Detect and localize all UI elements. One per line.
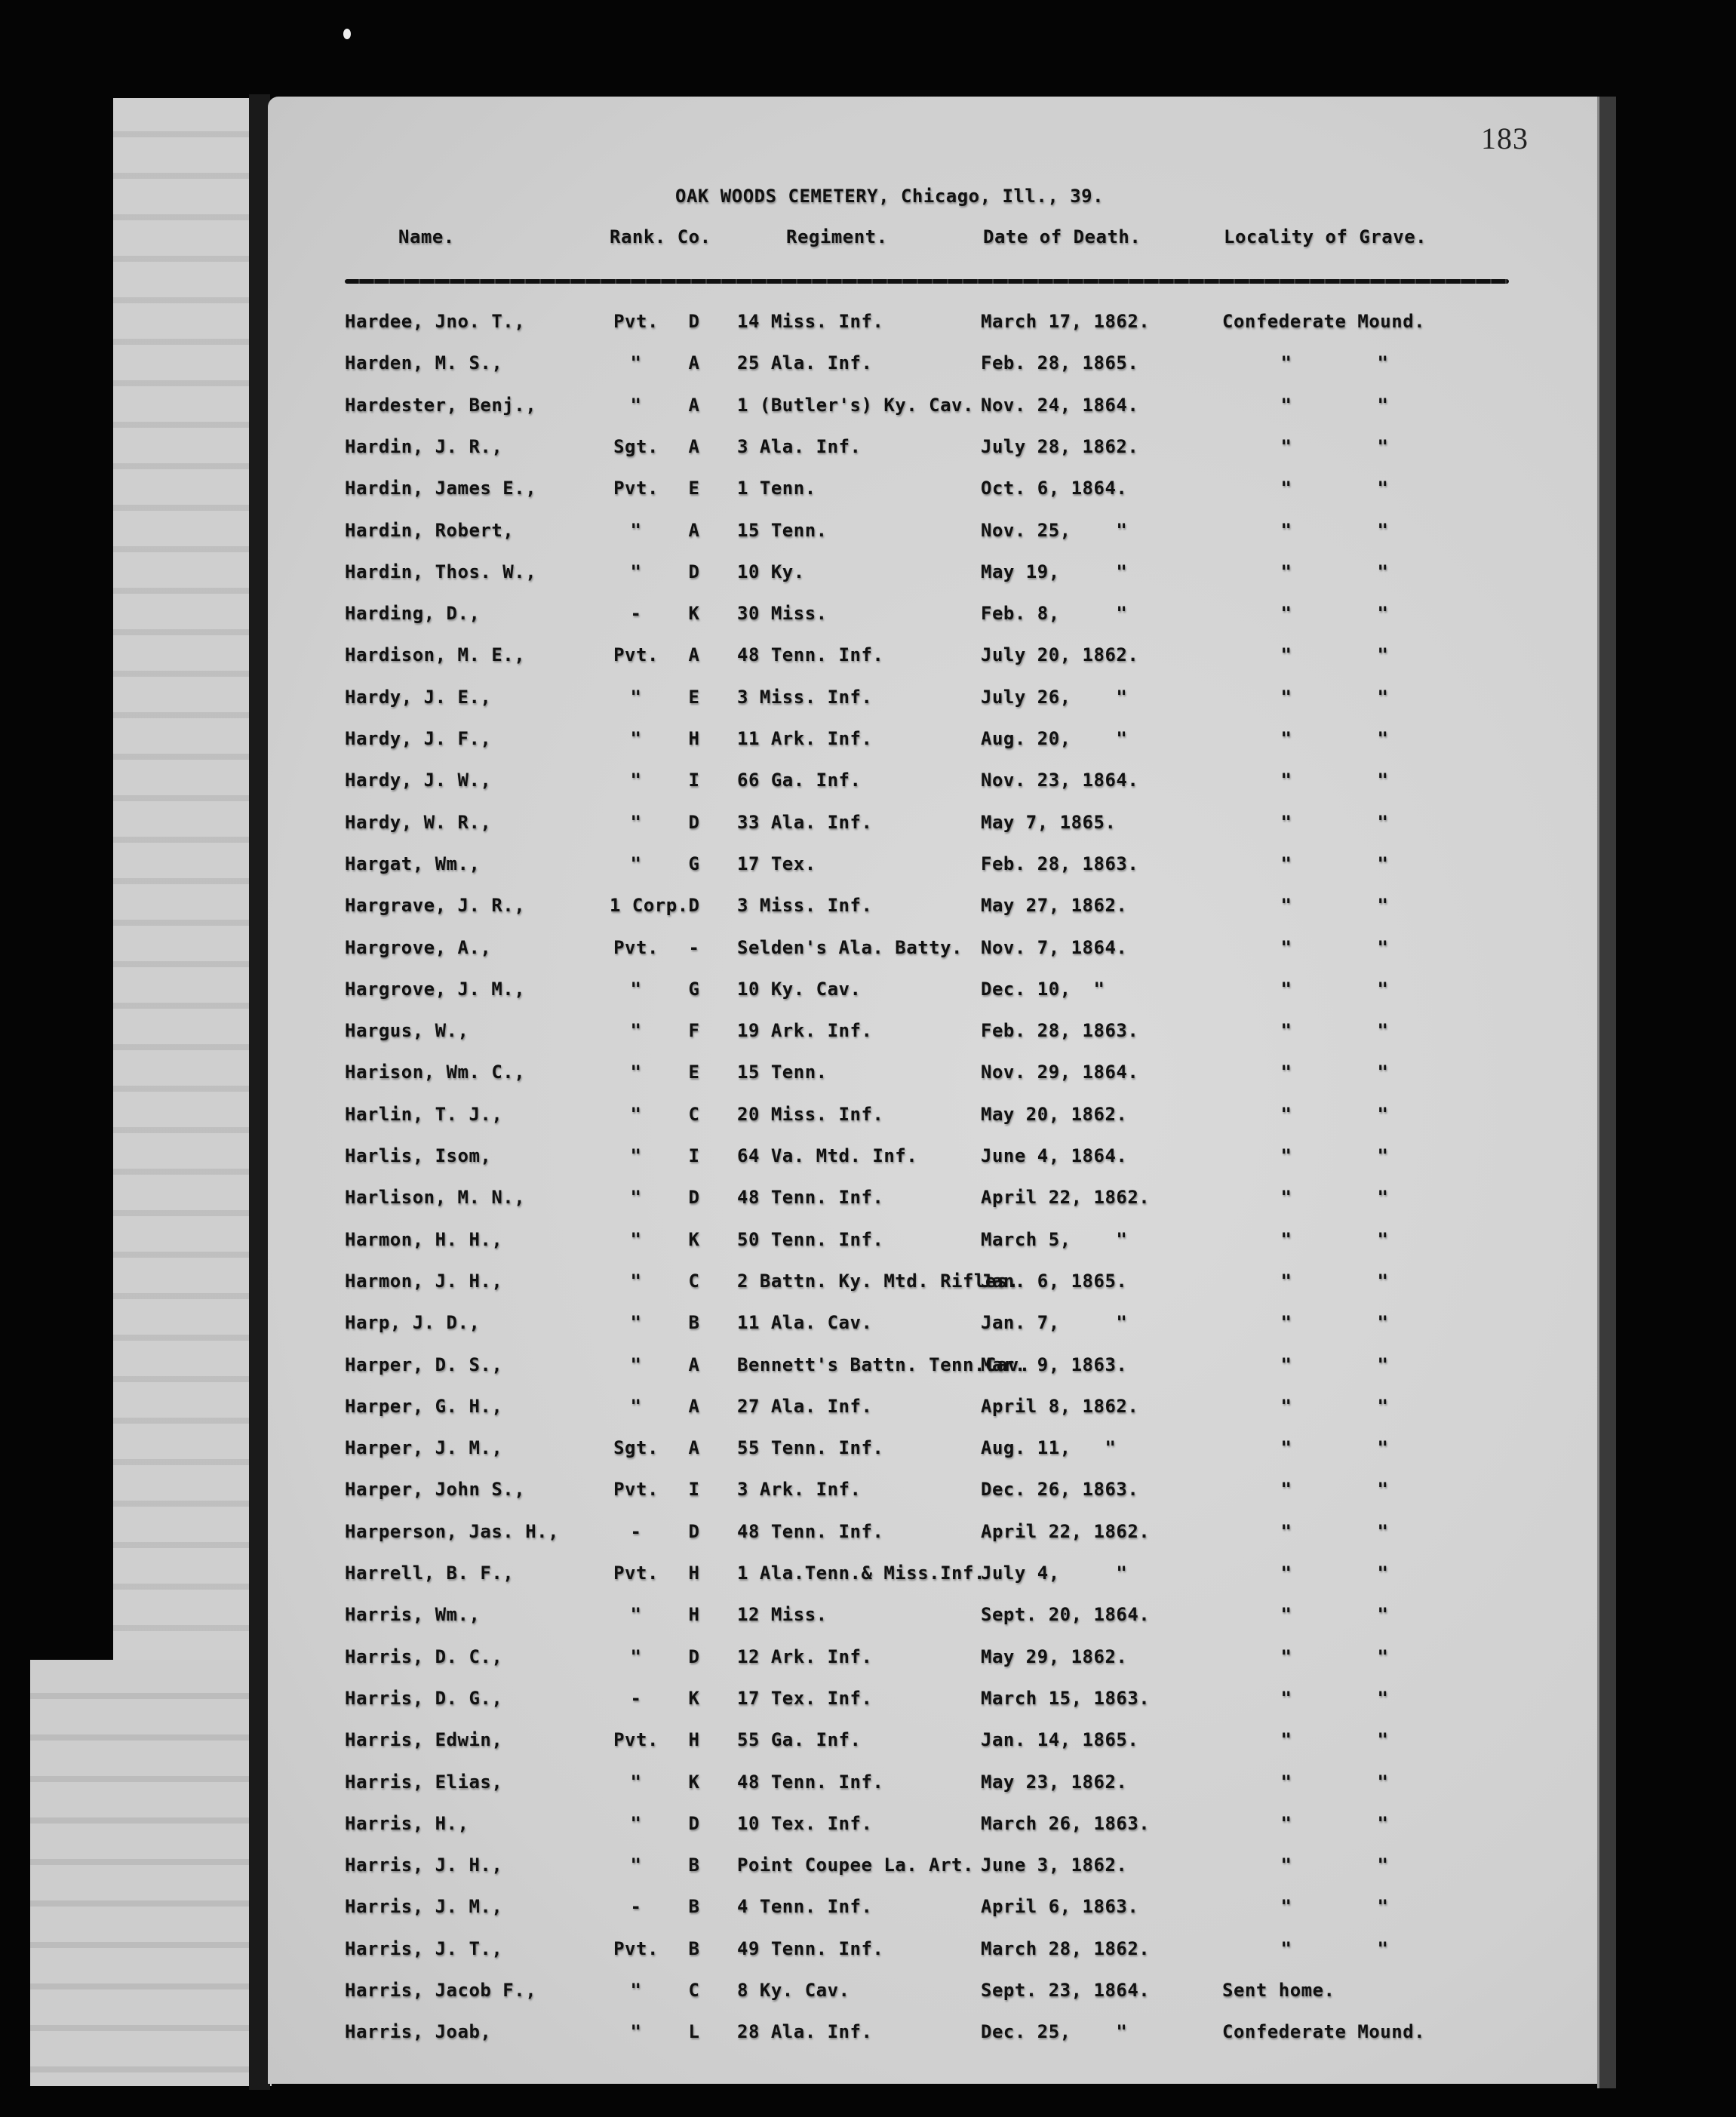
- record-company: H: [683, 1729, 705, 1750]
- record-locality-ditto: ": [1279, 1229, 1294, 1250]
- record-name: Hargrove, J. M.,: [345, 979, 525, 1000]
- header-name: Name.: [398, 226, 455, 247]
- record-locality-ditto: ": [1375, 1145, 1390, 1166]
- record-rank: ": [610, 728, 662, 749]
- record-regiment: 1 Ala.Tenn.& Miss.Inf.: [737, 1562, 985, 1584]
- record-name: Hargat, Wm.,: [345, 853, 480, 874]
- record-name: Harrell, B. F.,: [345, 1562, 514, 1584]
- record-rank: ": [610, 1271, 662, 1292]
- record-rank: Sgt.: [610, 436, 662, 457]
- record-company: A: [683, 644, 705, 665]
- record-name: Harris, H.,: [345, 1813, 469, 1834]
- table-row: Harper, J. M.,Sgt.A55 Tenn. Inf.Aug. 11,…: [0, 1437, 1736, 1467]
- table-row: Harper, G. H.,"A27 Ala. Inf.April 8, 186…: [0, 1396, 1736, 1426]
- record-name: Hardin, Thos. W.,: [345, 561, 536, 582]
- record-name: Harmon, H. H.,: [345, 1229, 502, 1250]
- record-date-of-death: May 29, 1862.: [981, 1646, 1127, 1667]
- record-date-of-death: March 15, 1863.: [981, 1688, 1150, 1709]
- record-regiment: 20 Miss. Inf.: [737, 1104, 883, 1125]
- record-rank: Pvt.: [610, 311, 662, 332]
- table-row: Hardison, M. E.,Pvt.A48 Tenn. Inf.July 2…: [0, 644, 1736, 674]
- record-locality-ditto: ": [1279, 1646, 1294, 1667]
- record-rank: Pvt.: [610, 1938, 662, 1959]
- record-locality-ditto: ": [1375, 812, 1390, 833]
- record-locality-ditto: ": [1279, 937, 1294, 958]
- record-name: Harper, John S.,: [345, 1479, 525, 1500]
- record-rank: -: [610, 1896, 662, 1917]
- table-row: Hargrave, J. R.,1 Corp.D3 Miss. Inf.May …: [0, 895, 1736, 925]
- record-company: K: [683, 1688, 705, 1709]
- record-company: -: [683, 937, 705, 958]
- page-title: OAK WOODS CEMETERY, Chicago, Ill., 39.: [675, 186, 1104, 207]
- record-locality-ditto: ": [1279, 1771, 1294, 1793]
- record-company: H: [683, 1562, 705, 1584]
- record-regiment: 66 Ga. Inf.: [737, 770, 861, 791]
- record-company: F: [683, 1020, 705, 1041]
- record-date-of-death: Nov. 24, 1864.: [981, 395, 1138, 416]
- record-locality-ditto: ": [1279, 1271, 1294, 1292]
- record-locality-ditto: ": [1279, 395, 1294, 416]
- record-locality-ditto: ": [1375, 1312, 1390, 1333]
- record-rank: -: [610, 1521, 662, 1542]
- record-company: A: [683, 352, 705, 373]
- record-date-of-death: July 20, 1862.: [981, 644, 1138, 665]
- table-row: Harris, Jacob F.,"C8 Ky. Cav.Sept. 23, 1…: [0, 1980, 1736, 2010]
- record-name: Harris, Jacob F.,: [345, 1980, 536, 2001]
- record-company: D: [683, 1646, 705, 1667]
- table-row: Hargus, W.,"F19 Ark. Inf.Feb. 28, 1863."…: [0, 1020, 1736, 1050]
- record-company: I: [683, 1145, 705, 1166]
- record-date-of-death: Jan. 7, ": [981, 1312, 1127, 1333]
- record-company: A: [683, 1354, 705, 1375]
- table-row: Harris, Joab,"L28 Ala. Inf.Dec. 25, "Con…: [0, 2021, 1736, 2051]
- table-row: Hargat, Wm.,"G17 Tex.Feb. 28, 1863."": [0, 853, 1736, 883]
- record-locality-ditto: ": [1279, 1104, 1294, 1125]
- record-locality-ditto: ": [1279, 1396, 1294, 1417]
- record-company: B: [683, 1854, 705, 1876]
- record-locality-ditto: ": [1375, 1813, 1390, 1834]
- record-locality-ditto: ": [1375, 1521, 1390, 1542]
- record-date-of-death: Aug. 11, ": [981, 1437, 1116, 1458]
- record-locality-ditto: ": [1279, 352, 1294, 373]
- record-rank: -: [610, 1688, 662, 1709]
- record-name: Hardin, J. R.,: [345, 436, 502, 457]
- record-name: Hardy, J. F.,: [345, 728, 491, 749]
- table-row: Harris, J. T.,Pvt.B49 Tenn. Inf.March 28…: [0, 1938, 1736, 1968]
- record-regiment: 15 Tenn.: [737, 520, 828, 541]
- record-rank: ": [610, 687, 662, 708]
- record-name: Hardin, Robert,: [345, 520, 514, 541]
- record-name: Harris, J. T.,: [345, 1938, 502, 1959]
- record-company: I: [683, 770, 705, 791]
- record-locality-ditto: ": [1375, 937, 1390, 958]
- record-name: Harlin, T. J.,: [345, 1104, 502, 1125]
- record-locality-ditto: ": [1279, 1688, 1294, 1709]
- record-date-of-death: Feb. 28, 1863.: [981, 1020, 1138, 1041]
- header-locality: Locality of Grave.: [1224, 226, 1427, 247]
- record-locality-ditto: ": [1375, 979, 1390, 1000]
- record-locality-ditto: ": [1375, 1229, 1390, 1250]
- record-name: Harper, J. M.,: [345, 1437, 502, 1458]
- page-number: 183: [1481, 121, 1529, 156]
- record-regiment: 55 Ga. Inf.: [737, 1729, 861, 1750]
- record-locality-ditto: ": [1279, 1145, 1294, 1166]
- record-locality-ditto: ": [1375, 1187, 1390, 1208]
- record-regiment: 8 Ky. Cav.: [737, 1980, 850, 2001]
- record-company: D: [683, 561, 705, 582]
- film-speck: [343, 29, 351, 39]
- record-regiment: 10 Tex. Inf.: [737, 1813, 872, 1834]
- record-regiment: 15 Tenn.: [737, 1062, 828, 1083]
- table-row: Harris, H.,"D10 Tex. Inf.March 26, 1863.…: [0, 1813, 1736, 1843]
- record-locality-ditto: ": [1375, 436, 1390, 457]
- record-company: C: [683, 1271, 705, 1292]
- record-company: D: [683, 1187, 705, 1208]
- record-locality-ditto: ": [1375, 1396, 1390, 1417]
- record-regiment: 12 Miss.: [737, 1604, 828, 1625]
- record-regiment: 28 Ala. Inf.: [737, 2021, 872, 2042]
- record-name: Hardester, Benj.,: [345, 395, 536, 416]
- record-locality-ditto: ": [1279, 1479, 1294, 1500]
- record-name: Harris, D. G.,: [345, 1688, 502, 1709]
- record-locality-ditto: ": [1375, 352, 1390, 373]
- record-name: Hargus, W.,: [345, 1020, 469, 1041]
- record-name: Harper, G. H.,: [345, 1396, 502, 1417]
- record-regiment: 12 Ark. Inf.: [737, 1646, 872, 1667]
- record-date-of-death: April 22, 1862.: [981, 1521, 1150, 1542]
- record-name: Harding, D.,: [345, 603, 480, 624]
- table-row: Harris, Edwin,Pvt.H55 Ga. Inf.Jan. 14, 1…: [0, 1729, 1736, 1759]
- record-locality-ditto: ": [1279, 520, 1294, 541]
- record-regiment: 48 Tenn. Inf.: [737, 1521, 883, 1542]
- record-regiment: 48 Tenn. Inf.: [737, 1187, 883, 1208]
- record-company: A: [683, 1396, 705, 1417]
- record-locality-ditto: ": [1375, 1479, 1390, 1500]
- record-company: H: [683, 1604, 705, 1625]
- header-date-of-death: Date of Death.: [983, 226, 1141, 247]
- record-locality-ditto: ": [1279, 1521, 1294, 1542]
- table-row: Harlison, M. N.,"D48 Tenn. Inf.April 22,…: [0, 1187, 1736, 1217]
- table-row: Hardee, Jno. T.,Pvt.D14 Miss. Inf.March …: [0, 311, 1736, 341]
- record-regiment: 2 Battn. Ky. Mtd. Rifles.: [737, 1271, 1019, 1292]
- record-locality-ditto: ": [1375, 1271, 1390, 1292]
- record-locality-ditto: ": [1375, 478, 1390, 499]
- record-date-of-death: May 27, 1862.: [981, 895, 1127, 916]
- record-regiment: 19 Ark. Inf.: [737, 1020, 872, 1041]
- record-name: Hardy, J. W.,: [345, 770, 491, 791]
- record-regiment: 48 Tenn. Inf.: [737, 1771, 883, 1793]
- record-locality-ditto: ": [1375, 770, 1390, 791]
- record-rank: ": [610, 979, 662, 1000]
- record-date-of-death: April 8, 1862.: [981, 1396, 1138, 1417]
- record-rank: ": [610, 1020, 662, 1041]
- table-row: Hardester, Benj.,"A1 (Butler's) Ky. Cav.…: [0, 395, 1736, 425]
- record-name: Harp, J. D.,: [345, 1312, 480, 1333]
- table-row: Harmon, H. H.,"K50 Tenn. Inf.March 5, ""…: [0, 1229, 1736, 1259]
- record-name: Hardison, M. E.,: [345, 644, 525, 665]
- record-date-of-death: March 28, 1862.: [981, 1938, 1150, 1959]
- header-separator: [345, 279, 1509, 284]
- table-row: Hardy, J. F.,"H11 Ark. Inf.Aug. 20, """: [0, 728, 1736, 758]
- table-row: Harison, Wm. C.,"E15 Tenn.Nov. 29, 1864.…: [0, 1062, 1736, 1092]
- record-date-of-death: Nov. 7, 1864.: [981, 937, 1127, 958]
- record-company: A: [683, 395, 705, 416]
- record-rank: Sgt.: [610, 1437, 662, 1458]
- table-row: Harp, J. D.,"B11 Ala. Cav.Jan. 7, """: [0, 1312, 1736, 1342]
- table-row: Harper, John S.,Pvt.I3 Ark. Inf.Dec. 26,…: [0, 1479, 1736, 1509]
- record-rank: ": [610, 1396, 662, 1417]
- record-rank: ": [610, 1187, 662, 1208]
- record-date-of-death: May 20, 1862.: [981, 1104, 1127, 1125]
- header-rank-co: Rank. Co.: [610, 226, 711, 247]
- record-name: Hardy, J. E.,: [345, 687, 491, 708]
- record-regiment: 4 Tenn. Inf.: [737, 1896, 872, 1917]
- record-locality-ditto: ": [1279, 1312, 1294, 1333]
- record-locality-ditto: ": [1375, 520, 1390, 541]
- record-date-of-death: Dec. 26, 1863.: [981, 1479, 1138, 1500]
- record-company: C: [683, 1980, 705, 2001]
- record-locality-ditto: ": [1279, 895, 1294, 916]
- table-row: Hardy, J. W.,"I66 Ga. Inf.Nov. 23, 1864.…: [0, 770, 1736, 800]
- record-company: C: [683, 1104, 705, 1125]
- record-regiment: Point Coupee La. Art.: [737, 1854, 974, 1876]
- record-date-of-death: Nov. 25, ": [981, 520, 1127, 541]
- record-name: Hardee, Jno. T.,: [345, 311, 525, 332]
- record-regiment: 11 Ala. Cav.: [737, 1312, 872, 1333]
- record-locality-ditto: ": [1279, 644, 1294, 665]
- record-date-of-death: May 19, ": [981, 561, 1127, 582]
- record-regiment: 30 Miss.: [737, 603, 828, 624]
- record-company: A: [683, 436, 705, 457]
- table-row: Hardin, James E.,Pvt.E1 Tenn.Oct. 6, 186…: [0, 478, 1736, 508]
- record-name: Hardy, W. R.,: [345, 812, 491, 833]
- record-locality-ditto: ": [1279, 687, 1294, 708]
- record-locality-ditto: ": [1279, 1813, 1294, 1834]
- record-date-of-death: March 26, 1863.: [981, 1813, 1150, 1834]
- record-locality-ditto: ": [1279, 770, 1294, 791]
- table-row: Hargrove, J. M.,"G10 Ky. Cav.Dec. 10, ""…: [0, 979, 1736, 1009]
- record-date-of-death: Feb. 28, 1865.: [981, 352, 1138, 373]
- record-regiment: 10 Ky.: [737, 561, 805, 582]
- record-locality-ditto: ": [1375, 1562, 1390, 1584]
- record-locality-ditto: ": [1375, 644, 1390, 665]
- record-regiment: 17 Tex. Inf.: [737, 1688, 872, 1709]
- record-regiment: 3 Ala. Inf.: [737, 436, 861, 457]
- record-rank: ": [610, 1980, 662, 2001]
- table-row: Harrell, B. F.,Pvt.H1 Ala.Tenn.& Miss.In…: [0, 1562, 1736, 1593]
- record-date-of-death: Feb. 8, ": [981, 603, 1127, 624]
- record-locality: Sent home.: [1222, 1980, 1335, 2001]
- record-company: A: [683, 1437, 705, 1458]
- record-locality-ditto: ": [1279, 1437, 1294, 1458]
- record-regiment: 48 Tenn. Inf.: [737, 644, 883, 665]
- record-company: K: [683, 1771, 705, 1793]
- record-date-of-death: July 4, ": [981, 1562, 1127, 1584]
- record-rank: ": [610, 395, 662, 416]
- table-row: Harlin, T. J.,"C20 Miss. Inf.May 20, 186…: [0, 1104, 1736, 1134]
- record-locality-ditto: ": [1279, 1729, 1294, 1750]
- record-locality-ditto: ": [1375, 728, 1390, 749]
- record-locality-ditto: ": [1279, 1562, 1294, 1584]
- record-locality-ditto: ": [1279, 1187, 1294, 1208]
- record-locality-ditto: ": [1375, 1896, 1390, 1917]
- record-rank: ": [610, 1104, 662, 1125]
- record-name: Harperson, Jas. H.,: [345, 1521, 559, 1542]
- record-company: E: [683, 687, 705, 708]
- record-regiment: 25 Ala. Inf.: [737, 352, 872, 373]
- record-regiment: 27 Ala. Inf.: [737, 1396, 872, 1417]
- record-rank: ": [610, 1312, 662, 1333]
- record-locality-ditto: ": [1279, 728, 1294, 749]
- record-date-of-death: Dec. 25, ": [981, 2021, 1127, 2042]
- table-row: Harris, D. C.,"D12 Ark. Inf.May 29, 1862…: [0, 1646, 1736, 1676]
- table-row: Harris, Wm.,"H12 Miss.Sept. 20, 1864."": [0, 1604, 1736, 1634]
- table-row: Harmon, J. H.,"C2 Battn. Ky. Mtd. Rifles…: [0, 1271, 1736, 1301]
- record-locality-ditto: ": [1375, 1354, 1390, 1375]
- record-locality-ditto: ": [1375, 895, 1390, 916]
- record-rank: Pvt.: [610, 1562, 662, 1584]
- record-regiment: 55 Tenn. Inf.: [737, 1437, 883, 1458]
- record-rank: ": [610, 1229, 662, 1250]
- record-date-of-death: Nov. 23, 1864.: [981, 770, 1138, 791]
- record-locality-ditto: ": [1375, 1688, 1390, 1709]
- record-company: B: [683, 1938, 705, 1959]
- record-name: Hardin, James E.,: [345, 478, 536, 499]
- record-regiment: 10 Ky. Cav.: [737, 979, 861, 1000]
- table-row: Hardy, J. E.,"E3 Miss. Inf.July 26, """: [0, 687, 1736, 717]
- record-name: Harlison, M. N.,: [345, 1187, 525, 1208]
- table-row: Harris, Elias,"K48 Tenn. Inf.May 23, 186…: [0, 1771, 1736, 1802]
- record-regiment: 14 Miss. Inf.: [737, 311, 883, 332]
- table-row: Harris, J. H.,"BPoint Coupee La. Art.Jun…: [0, 1854, 1736, 1885]
- record-date-of-death: March 5, ": [981, 1229, 1127, 1250]
- record-date-of-death: Feb. 28, 1863.: [981, 853, 1138, 874]
- table-row: Hardin, Robert,"A15 Tenn.Nov. 25, """: [0, 520, 1736, 550]
- record-rank: ": [610, 1062, 662, 1083]
- record-regiment: 33 Ala. Inf.: [737, 812, 872, 833]
- record-locality-ditto: ": [1279, 1604, 1294, 1625]
- record-date-of-death: March 17, 1862.: [981, 311, 1150, 332]
- record-rank: ": [610, 812, 662, 833]
- record-regiment: 1 Tenn.: [737, 478, 816, 499]
- record-company: A: [683, 520, 705, 541]
- record-locality-ditto: ": [1375, 1062, 1390, 1083]
- record-regiment: 64 Va. Mtd. Inf.: [737, 1145, 917, 1166]
- record-date-of-death: April 22, 1862.: [981, 1187, 1150, 1208]
- record-regiment: 17 Tex.: [737, 853, 816, 874]
- record-regiment: 3 Ark. Inf.: [737, 1479, 861, 1500]
- record-locality-ditto: ": [1279, 979, 1294, 1000]
- record-rank: ": [610, 520, 662, 541]
- record-name: Hargrave, J. R.,: [345, 895, 525, 916]
- record-date-of-death: May 7, 1865.: [981, 812, 1116, 833]
- record-regiment: 49 Tenn. Inf.: [737, 1938, 883, 1959]
- record-name: Harlis, Isom,: [345, 1145, 491, 1166]
- record-name: Harris, D. C.,: [345, 1646, 502, 1667]
- record-date-of-death: Jan. 14, 1865.: [981, 1729, 1138, 1750]
- record-date-of-death: Dec. 10, ": [981, 979, 1105, 1000]
- record-name: Harris, Joab,: [345, 2021, 491, 2042]
- record-name: Harris, Wm.,: [345, 1604, 480, 1625]
- record-name: Harris, J. H.,: [345, 1854, 502, 1876]
- record-name: Harris, Edwin,: [345, 1729, 502, 1750]
- record-date-of-death: June 4, 1864.: [981, 1145, 1127, 1166]
- record-regiment: 1 (Butler's) Ky. Cav.: [737, 395, 974, 416]
- record-company: D: [683, 311, 705, 332]
- record-rank: Pvt.: [610, 1729, 662, 1750]
- record-name: Harison, Wm. C.,: [345, 1062, 525, 1083]
- record-locality-ditto: ": [1375, 1604, 1390, 1625]
- record-rank: Pvt.: [610, 478, 662, 499]
- table-row: Harperson, Jas. H.,-D48 Tenn. Inf.April …: [0, 1521, 1736, 1551]
- table-row: Hargrove, A.,Pvt.-Selden's Ala. Batty.No…: [0, 937, 1736, 967]
- table-row: Hardin, J. R.,Sgt.A3 Ala. Inf.July 28, 1…: [0, 436, 1736, 466]
- record-company: H: [683, 728, 705, 749]
- table-row: Harper, D. S.,"ABennett's Battn. Tenn.Ca…: [0, 1354, 1736, 1384]
- record-rank: ": [610, 1771, 662, 1793]
- record-company: D: [683, 1521, 705, 1542]
- record-locality-ditto: ": [1279, 603, 1294, 624]
- record-rank: ": [610, 1145, 662, 1166]
- record-name: Harper, D. S.,: [345, 1354, 502, 1375]
- record-date-of-death: Mar. 9, 1863.: [981, 1354, 1127, 1375]
- record-locality: Confederate Mound.: [1222, 311, 1425, 332]
- record-name: Hargrove, A.,: [345, 937, 491, 958]
- record-company: G: [683, 979, 705, 1000]
- record-company: K: [683, 1229, 705, 1250]
- record-rank: Pvt.: [610, 937, 662, 958]
- record-rank: ": [610, 561, 662, 582]
- record-locality-ditto: ": [1279, 812, 1294, 833]
- record-rank: -: [610, 603, 662, 624]
- record-company: K: [683, 603, 705, 624]
- table-row: Harris, J. M.,-B4 Tenn. Inf.April 6, 186…: [0, 1896, 1736, 1926]
- record-date-of-death: June 3, 1862.: [981, 1854, 1127, 1876]
- record-company: D: [683, 812, 705, 833]
- record-rank: Pvt.: [610, 1479, 662, 1500]
- record-locality-ditto: ": [1375, 1729, 1390, 1750]
- record-locality-ditto: ": [1375, 603, 1390, 624]
- record-rank: Pvt.: [610, 644, 662, 665]
- record-rank: ": [610, 2021, 662, 2042]
- record-name: Harmon, J. H.,: [345, 1271, 502, 1292]
- record-rank: ": [610, 1854, 662, 1876]
- record-rank: ": [610, 1813, 662, 1834]
- table-row: Harden, M. S.,"A25 Ala. Inf.Feb. 28, 186…: [0, 352, 1736, 383]
- table-row: Hardin, Thos. W.,"D10 Ky.May 19, """: [0, 561, 1736, 591]
- record-locality-ditto: ": [1279, 1938, 1294, 1959]
- record-locality-ditto: ": [1375, 1437, 1390, 1458]
- record-regiment: 3 Miss. Inf.: [737, 895, 872, 916]
- header-regiment: Regiment.: [786, 226, 888, 247]
- table-row: Hardy, W. R.,"D33 Ala. Inf.May 7, 1865."…: [0, 812, 1736, 842]
- record-name: Harris, Elias,: [345, 1771, 502, 1793]
- record-company: G: [683, 853, 705, 874]
- record-locality-ditto: ": [1375, 1646, 1390, 1667]
- record-locality-ditto: ": [1375, 1854, 1390, 1876]
- record-company: B: [683, 1312, 705, 1333]
- record-locality-ditto: ": [1279, 1854, 1294, 1876]
- record-regiment: 3 Miss. Inf.: [737, 687, 872, 708]
- record-rank: ": [610, 1604, 662, 1625]
- record-locality-ditto: ": [1375, 1938, 1390, 1959]
- record-locality-ditto: ": [1279, 1020, 1294, 1041]
- record-locality-ditto: ": [1375, 687, 1390, 708]
- record-company: L: [683, 2021, 705, 2042]
- record-company: I: [683, 1479, 705, 1500]
- record-locality-ditto: ": [1279, 478, 1294, 499]
- record-date-of-death: Jan. 6, 1865.: [981, 1271, 1127, 1292]
